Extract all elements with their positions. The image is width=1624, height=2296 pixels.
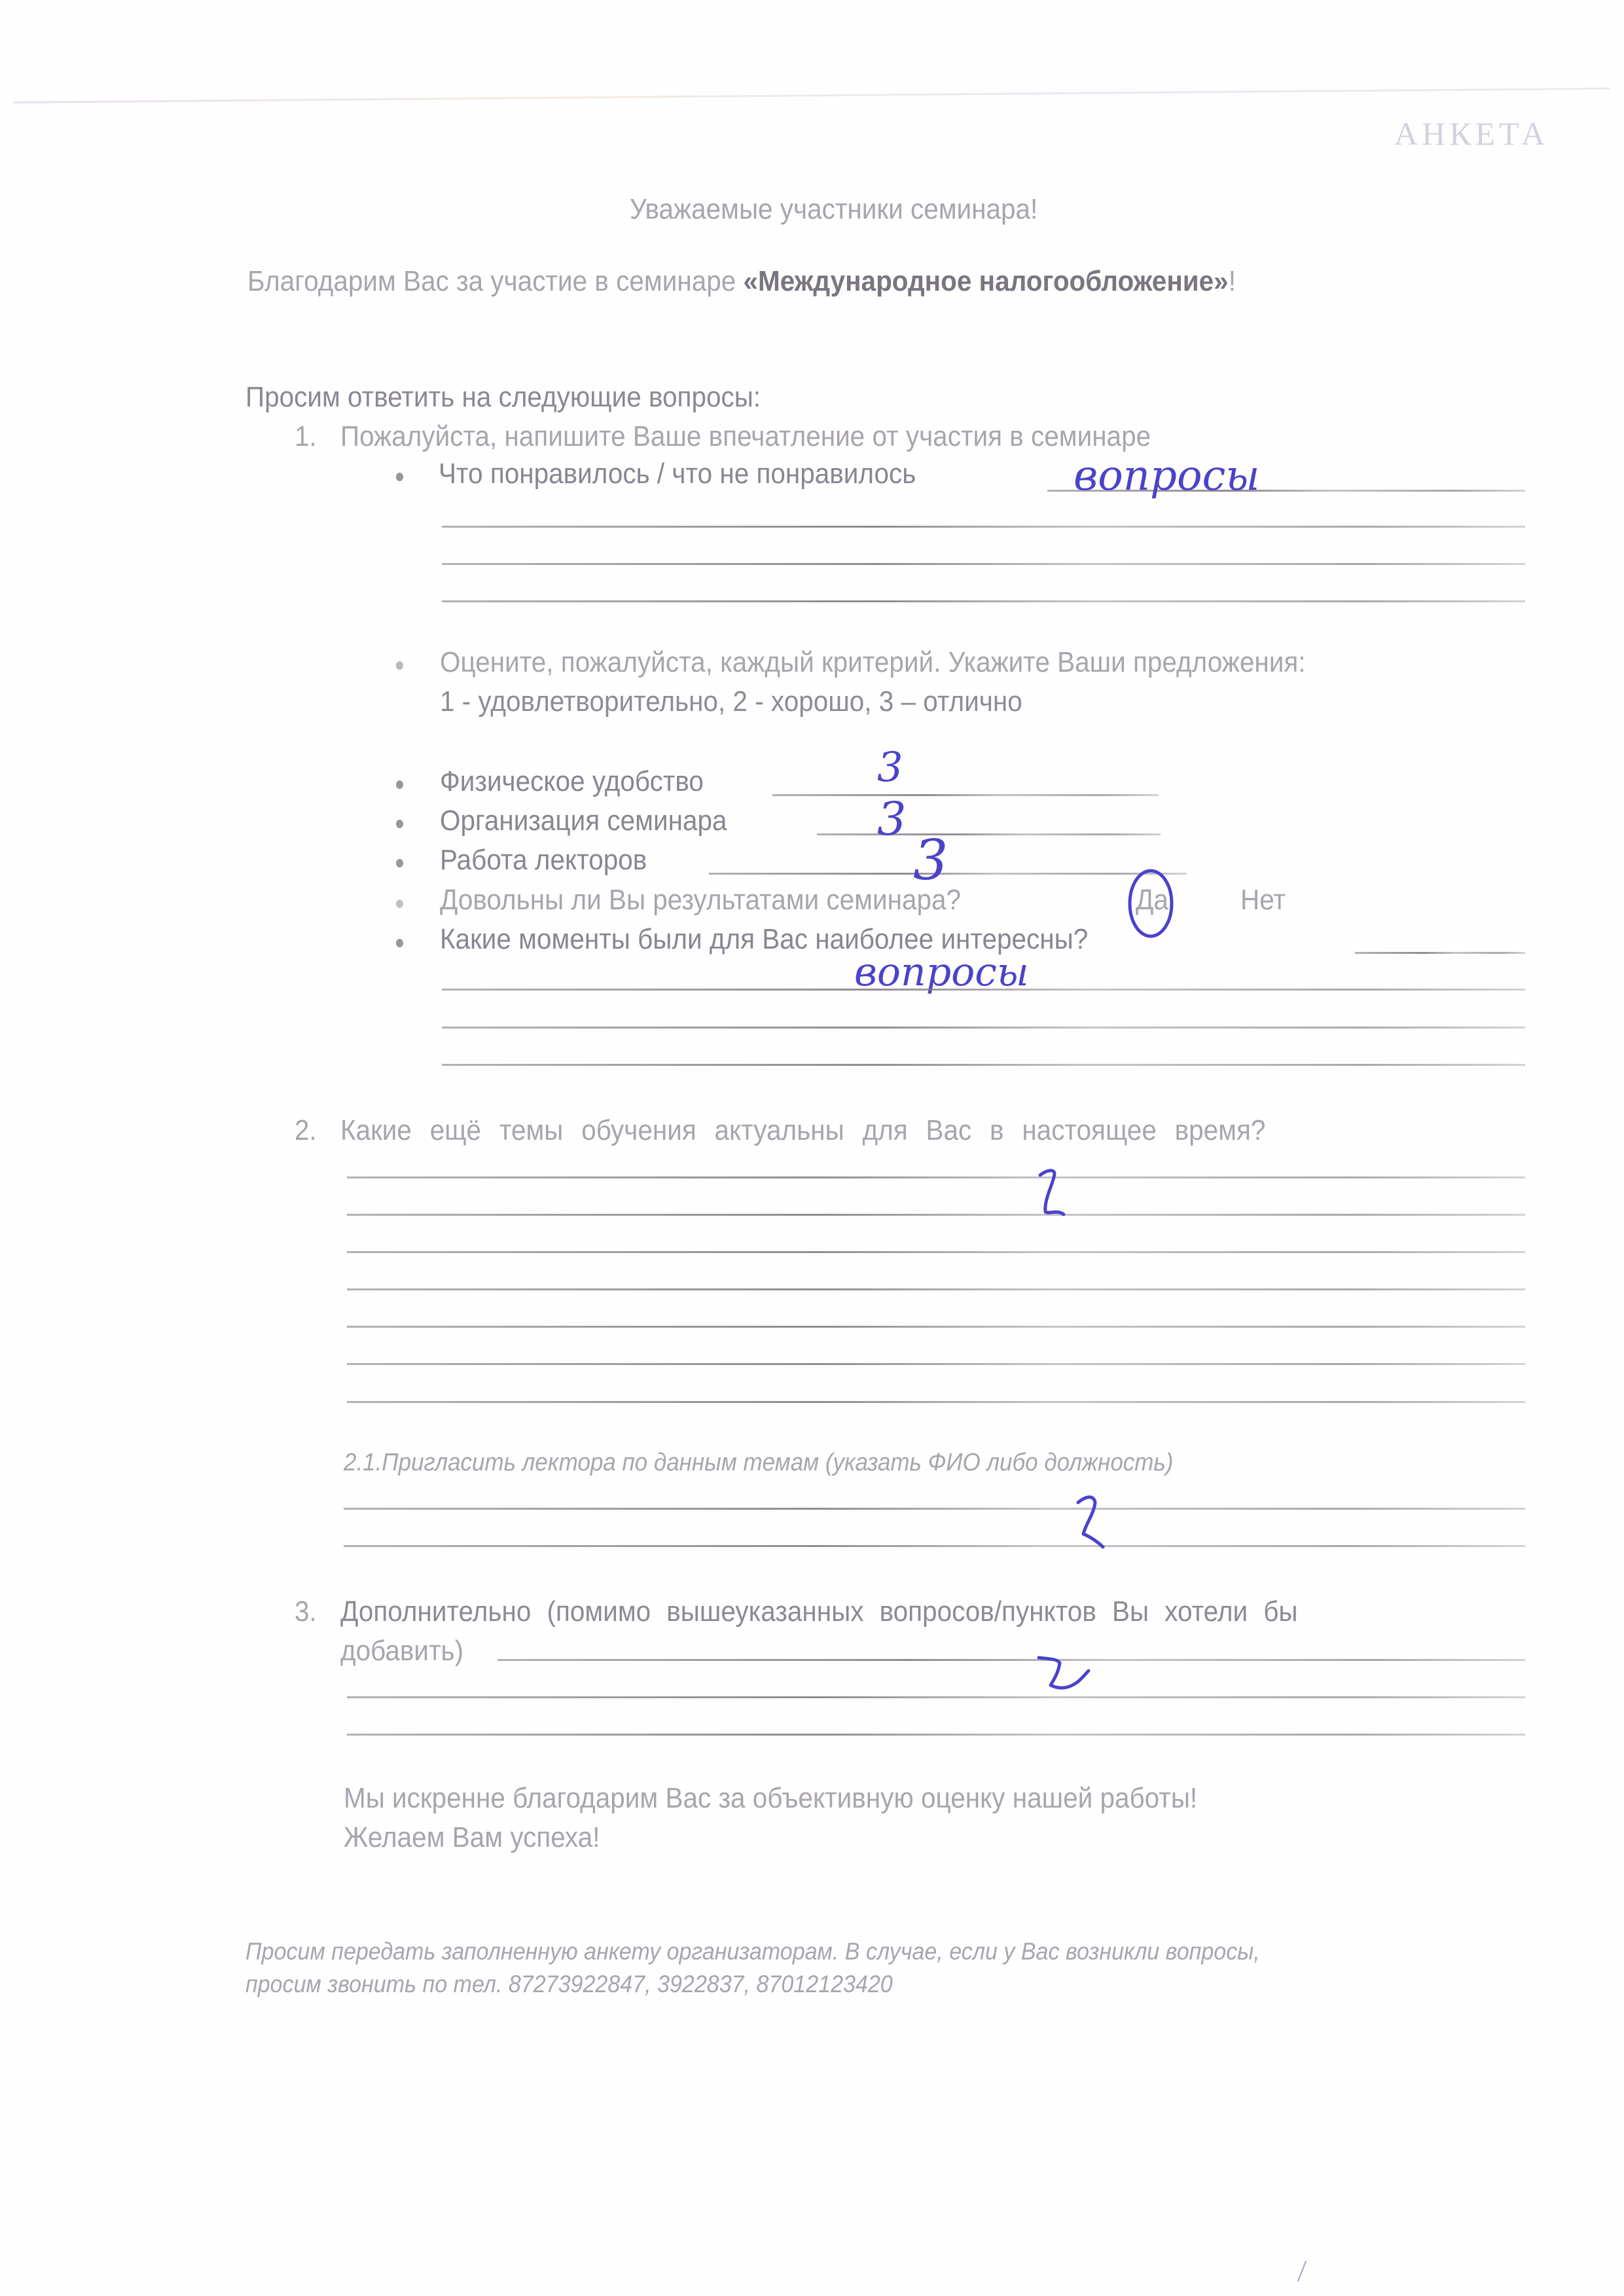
answer-line[interactable] bbox=[442, 526, 1525, 528]
rating-line[interactable] bbox=[817, 833, 1161, 835]
liked-answer[interactable]: вопросы bbox=[1074, 452, 1259, 500]
rating-intro: Оцените, пожалуйста, каждый критерий. Ук… bbox=[440, 648, 1306, 677]
dash-mark-icon bbox=[1038, 1656, 1103, 1702]
rating-line[interactable] bbox=[772, 794, 1159, 796]
dash-mark-icon bbox=[1038, 1169, 1090, 1221]
footer-line-1: Просим передать заполненную анкету орган… bbox=[245, 1939, 1260, 1963]
answer-line[interactable] bbox=[442, 600, 1525, 602]
rating-label-organization: Организация семинара bbox=[440, 807, 727, 835]
answer-line[interactable] bbox=[347, 1401, 1525, 1403]
answer-line[interactable] bbox=[442, 563, 1525, 565]
greeting: Уважаемые участники семинара! bbox=[630, 195, 1038, 224]
thanks-prefix: Благодарим Вас за участие в семинаре bbox=[247, 265, 743, 297]
rating-value-lecturers[interactable]: 3 bbox=[913, 828, 948, 892]
thanks-line: Благодарим Вас за участие в семинаре «Ме… bbox=[247, 267, 1236, 296]
rating-value-organization[interactable]: 3 bbox=[877, 792, 907, 846]
answer-line[interactable] bbox=[442, 989, 1525, 991]
form-stamp: АНКЕТА bbox=[1394, 115, 1549, 153]
bullet-icon bbox=[396, 859, 403, 867]
answer-line[interactable] bbox=[347, 1734, 1525, 1736]
answer-line[interactable] bbox=[347, 1214, 1525, 1216]
bullet-icon bbox=[396, 939, 403, 947]
rating-value-physical[interactable]: 3 bbox=[877, 743, 903, 791]
bullet-icon bbox=[396, 900, 403, 908]
option-no[interactable]: Нет bbox=[1240, 886, 1286, 915]
q2-number: 2. bbox=[295, 1116, 317, 1145]
rating-label-lecturers: Работа лекторов bbox=[440, 846, 647, 875]
dash-mark-icon bbox=[1077, 1496, 1129, 1555]
bullet-icon bbox=[396, 661, 403, 670]
selected-circle-icon bbox=[1126, 871, 1178, 943]
footer-line-2: просим звонить по тел. 87273922847, 3922… bbox=[245, 1972, 893, 1996]
answer-line[interactable] bbox=[347, 1696, 1525, 1698]
q3-text-cont: добавить) bbox=[340, 1637, 463, 1666]
answer-line[interactable] bbox=[347, 1326, 1525, 1328]
bullet-icon bbox=[396, 780, 403, 789]
answer-line[interactable] bbox=[347, 1251, 1525, 1253]
answer-line[interactable] bbox=[344, 1508, 1525, 1510]
q3-text: Дополнительно (помимо вышеуказанных вопр… bbox=[340, 1597, 1297, 1626]
closing-line-1: Мы искренне благодарим Вас за объективну… bbox=[344, 1784, 1197, 1813]
bullet-icon bbox=[396, 473, 403, 481]
answer-line[interactable] bbox=[347, 1288, 1525, 1290]
instructions: Просим ответить на следующие вопросы: bbox=[245, 383, 761, 412]
q2-text: Какие ещё темы обучения актуальны для Ва… bbox=[340, 1116, 1265, 1145]
answer-line[interactable] bbox=[497, 1659, 1525, 1661]
scan-edge-line bbox=[13, 88, 1610, 103]
q2-sub-text: 2.1.Пригласить лектора по данным темам (… bbox=[344, 1450, 1173, 1475]
pen-mark-icon bbox=[1293, 2259, 1312, 2285]
q1-number: 1. bbox=[295, 422, 317, 451]
rating-scale: 1 - удовлетворительно, 2 - хорошо, 3 – о… bbox=[440, 687, 1022, 716]
answer-line[interactable] bbox=[347, 1176, 1525, 1178]
answer-line[interactable] bbox=[344, 1545, 1525, 1547]
bullet-icon bbox=[396, 820, 403, 828]
rating-label-physical: Физическое удобство bbox=[440, 767, 704, 796]
answer-line[interactable] bbox=[442, 1064, 1525, 1066]
liked-label: Что понравилось / что не понравилось bbox=[439, 460, 916, 488]
seminar-name: «Международное налогообложение» bbox=[743, 265, 1228, 297]
answer-line[interactable] bbox=[347, 1363, 1525, 1365]
answer-line[interactable] bbox=[1355, 952, 1525, 954]
q3-number: 3. bbox=[295, 1597, 317, 1626]
answer-line[interactable] bbox=[442, 1027, 1525, 1029]
q1-text: Пожалуйста, напишите Ваше впечатление от… bbox=[340, 422, 1151, 451]
closing-line-2: Желаем Вам успеха! bbox=[344, 1823, 600, 1852]
satisfied-label: Довольны ли Вы результатами семинара? bbox=[440, 886, 961, 915]
thanks-suffix: ! bbox=[1229, 265, 1236, 297]
